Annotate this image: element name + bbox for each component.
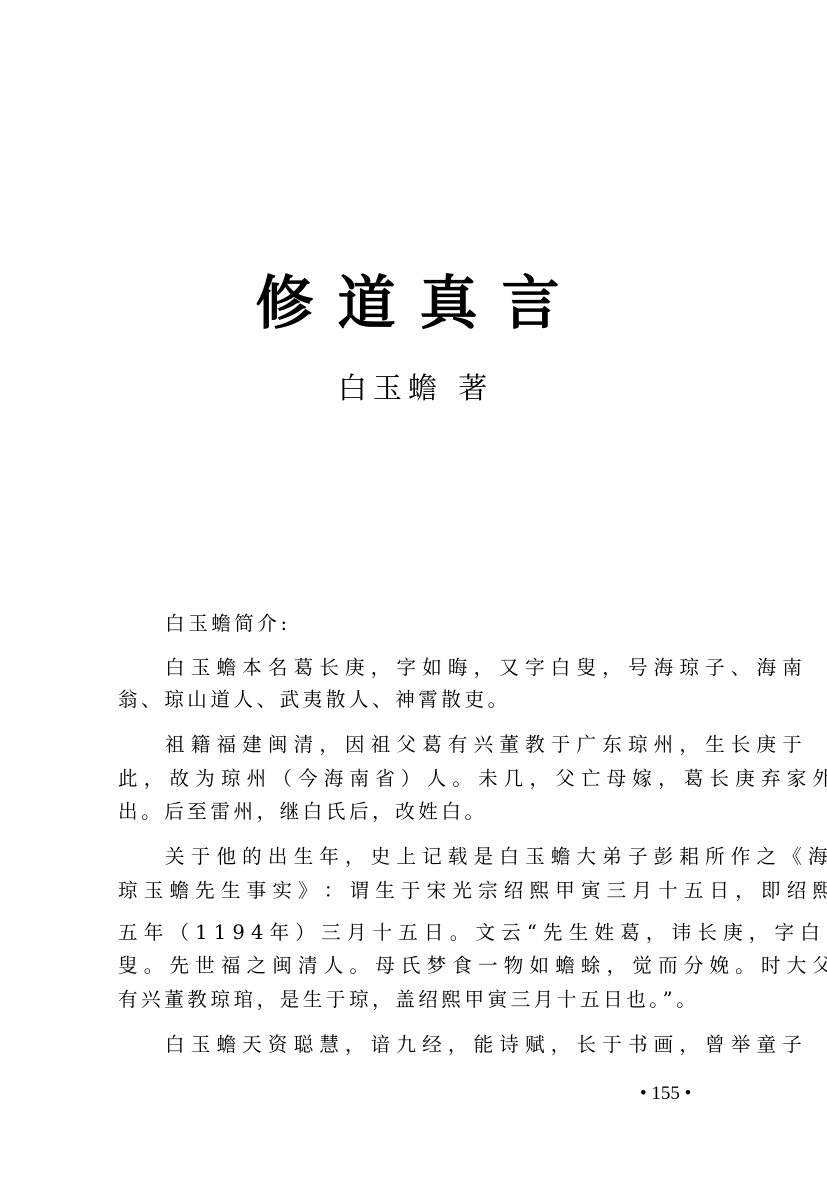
paragraph-3-line-3: 五 年 （ 1 1 9 4 年 ） 三 月 十 五 日 。 文 云 “ 先 生 … xyxy=(118,921,725,945)
page-number: • 155 • xyxy=(640,1082,691,1106)
paragraph-3-line-1: 关 于 他 的 出 生 年 ， 史 上 记 载 是 白 玉 蟾 大 弟 子 彭 … xyxy=(165,845,725,869)
paragraph-1-line-2: 翁、琼山道人、武夷散人、神霄散吏。 xyxy=(118,688,725,712)
paragraph-3-line-5: 有兴董教琼琯，是生于琼，盖绍熙甲寅三月十五日也。”。 xyxy=(118,988,725,1012)
paragraph-2-line-1: 祖 籍 福 建 闽 清 ， 因 祖 父 葛 有 兴 董 教 于 广 东 琼 州 … xyxy=(165,733,725,757)
paragraph-2-line-2: 此 ， 故 为 琼 州 （ 今 海 南 省 ） 人 。 未 几 ， 父 亡 母 … xyxy=(118,767,725,791)
paragraph-1-line-1: 白 玉 蟾 本 名 葛 长 庚 ， 字 如 晦 ， 又 字 白 叟 ， 号 海 … xyxy=(165,656,725,680)
author-line: 白玉蟾 著 xyxy=(0,368,827,408)
paragraph-4-line-1: 白 玉 蟾 天 资 聪 慧 ， 谙 九 经 ， 能 诗 赋 ， 长 于 书 画 … xyxy=(165,1033,725,1057)
book-title: 修道真言 xyxy=(0,268,827,338)
paragraph-2-line-3: 出。后至雷州，继白氏后，改姓白。 xyxy=(118,800,725,824)
intro-heading: 白玉蟾简介: xyxy=(165,612,725,636)
paragraph-3-line-2: 琼 玉 蟾 先 生 事 实 》 ： 谓 生 于 宋 光 宗 绍 熙 甲 寅 三 … xyxy=(118,879,725,903)
paragraph-3-line-4: 叟 。 先 世 福 之 闽 清 人 。 母 氏 梦 食 一 物 如 蟾 蜍 ， … xyxy=(118,954,725,978)
